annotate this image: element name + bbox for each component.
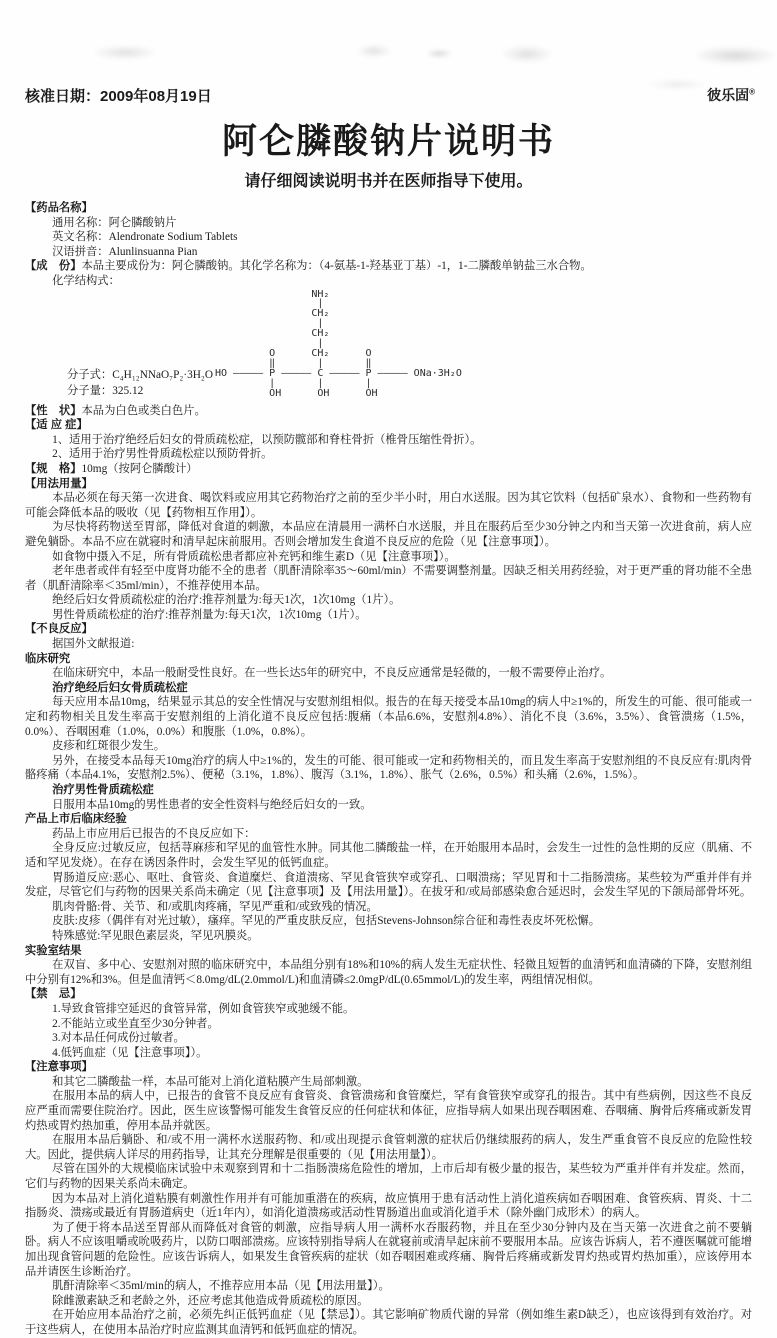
paragraph: 药品上市应用后已报告的不良反应如下： (25, 827, 752, 842)
paragraph: 2.不能站立或坐直至少30分钟者。 (25, 1017, 752, 1032)
paragraph: 胃肠道反应:恶心、呕吐、食管炎、食道糜烂、食道溃疡、罕见食管狭窄或穿孔、口咽溃疡… (25, 871, 752, 900)
formula-line: 分子式：C₄H₁₂NNaO₇P₂·3H₂O (67, 367, 213, 384)
paragraph: 老年患者或伴有轻至中度肾功能不全的患者（肌酐清除率35～60ml/min）不需要… (25, 564, 752, 593)
paragraph: 尽管在国外的大规模临床试验中未观察到胃和十二指肠溃疡危险性的增加，上市后却有极少… (25, 1162, 752, 1191)
brand-name: 彼乐固 (707, 87, 749, 103)
paragraph: 肌酐清除率＜35ml/min的病人，不推荐应用本品（见【用法用量】）。 (25, 1279, 752, 1294)
paragraph: 另外，在接受本品每天10mg治疗的病人中≥1%的，发生的可能、很可能或一定和药物… (25, 754, 752, 783)
paragraph: 化学结构式： (25, 274, 752, 289)
scan-smudge (427, 50, 451, 57)
paragraph: 在双盲、多中心、安慰剂对照的临床研究中，本品组分别有18%和10%的病人发生无症… (25, 958, 752, 987)
scan-smudge (358, 45, 390, 57)
paragraph: 3.对本品任何成份过敏者。 (25, 1031, 752, 1046)
paragraph: 【成 份】本品主要成份为：阿仑膦酸钠。其化学名称为：（4-氨基-1-羟基亚丁基）… (25, 259, 752, 274)
registered-trademark-icon: ® (749, 87, 755, 96)
paragraph: 每天应用本品10mg，结果显示其总的安全性情况与安慰剂组相似。报告的在每天接受本… (25, 695, 752, 739)
scanned-drug-leaflet: 核准日期：2009年08月19日 彼乐固® 阿仑膦酸钠片说明书 请仔细阅读说明书… (0, 0, 777, 1338)
paragraph: 因为本品对上消化道粘膜有刺激性作用并有可能加重潜在的疾病，故应慎用于患有活动性上… (25, 1192, 752, 1221)
molecular-weight-line: 分子量：325.12 (67, 383, 213, 400)
paragraph: 英文名称：Alendronate Sodium Tablets (25, 230, 752, 245)
paragraph: 在服用本品后躺卧、和/或不用一满杯水送服药物、和/或出现提示食管刺激的症状后仍继… (25, 1133, 752, 1162)
sub-heading: 临床研究 (25, 652, 752, 667)
section-heading: 【禁 忌】 (25, 987, 752, 1002)
paragraph: 据国外文献报道: (25, 637, 752, 652)
scan-smudge (696, 47, 774, 64)
scan-smudge (650, 80, 705, 89)
scan-smudge (95, 46, 155, 59)
document-body: 【药品名称】通用名称：阿仑膦酸钠片英文名称：Alendronate Sodium… (25, 201, 752, 1338)
paragraph: 在服用本品的病人中，已报告的食管不良反应有食管炎、食管溃疡和食管糜烂，罕有食管狭… (25, 1089, 752, 1133)
section-heading: 【用法用量】 (25, 477, 752, 492)
paragraph: 为了便于将本品送至胃部从而降低对食管的刺激，应指导病人用一满杯水吞服药物，并且在… (25, 1221, 752, 1279)
brand-mark: 彼乐固® (707, 85, 755, 105)
paragraph: 全身反应:过敏反应，包括荨麻疹和罕见的血管性水肿。同其他二膦酸盐一样，在开始服用… (25, 841, 752, 870)
paragraph: 【性 状】本品为白色或类白色片。 (25, 404, 752, 419)
paragraph: 【规 格】10mg（按阿仑膦酸计） (25, 462, 752, 477)
paragraph: 日服用本品10mg的男性患者的安全性资料与绝经后妇女的一致。 (25, 798, 752, 813)
page-subtitle: 请仔细阅读说明书并在医师指导下使用。 (0, 168, 777, 191)
scan-smudge (503, 46, 551, 62)
paragraph: 为尽快将药物送至胃部，降低对食道的刺激，本品应在清晨用一满杯白水送服，并且在服药… (25, 520, 752, 549)
paragraph: 在开始应用本品治疗之前，必须先纠正低钙血症（见【禁忌】）。其它影响矿物质代谢的异… (25, 1308, 752, 1337)
paragraph: 在临床研究中，本品一般耐受性良好。在一些长达5年的研究中，不良反应通常是轻微的，… (25, 666, 752, 681)
section-heading: 【药品名称】 (25, 201, 752, 216)
section-heading: 【注意事项】 (25, 1060, 752, 1075)
sub-heading: 产品上市后临床经验 (25, 812, 752, 827)
paragraph: 男性骨质疏松症的治疗:推荐剂量为:每天1次，1次10mg（1片）。 (25, 608, 752, 623)
paragraph: 除雌激素缺乏和老龄之外，还应考虑其他造成骨质疏松的原因。 (25, 1294, 752, 1309)
paragraph: 和其它二膦酸盐一样，本品可能对上消化道粘膜产生局部刺激。 (25, 1075, 752, 1090)
paragraph: 本品必须在每天第一次进食、喝饮料或应用其它药物治疗之前的至少半小时，用白水送服。… (25, 491, 752, 520)
paragraph: 皮疹和红斑很少发生。 (25, 739, 752, 754)
paragraph: 特殊感觉:罕见眼色素层炎，罕见巩膜炎。 (25, 929, 752, 944)
sub-heading: 治疗绝经后妇女骨质疏松症 (25, 681, 752, 696)
chemical-structure: NH₂ | CH₂ | CH₂ | O CH₂ O ‖ | ‖ HO —————… (25, 290, 752, 404)
paragraph: 4.低钙血症（见【注意事项】）。 (25, 1046, 752, 1061)
paragraph: 2、适用于治疗男性骨质疏松症以预防骨折。 (25, 447, 752, 462)
paragraph: 皮肤:皮疹（偶伴有对光过敏），瘙痒。罕见的严重皮肤反应，包括Stevens-Jo… (25, 914, 752, 929)
paragraph: 1、适用于治疗绝经后妇女的骨质疏松症，以预防髋部和脊柱骨折（椎骨压缩性骨折）。 (25, 433, 752, 448)
paragraph: 如食物中摄入不足，所有骨质疏松患者都应补充钙和维生素D（见【注意事项】）。 (25, 550, 752, 565)
section-heading: 【不良反应】 (25, 622, 752, 637)
paragraph: 汉语拼音：Alunlinsuanna Pian (25, 245, 752, 260)
approval-date: 核准日期：2009年08月19日 (25, 85, 212, 106)
paragraph: 通用名称：阿仑膦酸钠片 (25, 216, 752, 231)
sub-heading: 实验室结果 (25, 944, 752, 959)
paragraph: 绝经后妇女骨质疏松症的治疗:推荐剂量为:每天1次，1次10mg（1片）。 (25, 593, 752, 608)
paragraph: 1.导致食管排空延迟的食管异常，例如食管狭窄或驰缓不能。 (25, 1002, 752, 1017)
molecular-formula: 分子式：C₄H₁₂NNaO₇P₂·3H₂O分子量：325.12 (67, 367, 213, 400)
structure-diagram: NH₂ | CH₂ | CH₂ | O CH₂ O ‖ | ‖ HO —————… (215, 290, 752, 399)
page-title: 阿仑膦酸钠片说明书 (0, 114, 777, 164)
section-heading: 【适 应 症】 (25, 418, 752, 433)
paragraph: 肌肉骨骼:骨、关节、和/或肌肉疼痛，罕见严重和/或致残的情况。 (25, 900, 752, 915)
sub-heading: 治疗男性骨质疏松症 (25, 783, 752, 798)
document-header: 核准日期：2009年08月19日 彼乐固® (25, 85, 755, 106)
